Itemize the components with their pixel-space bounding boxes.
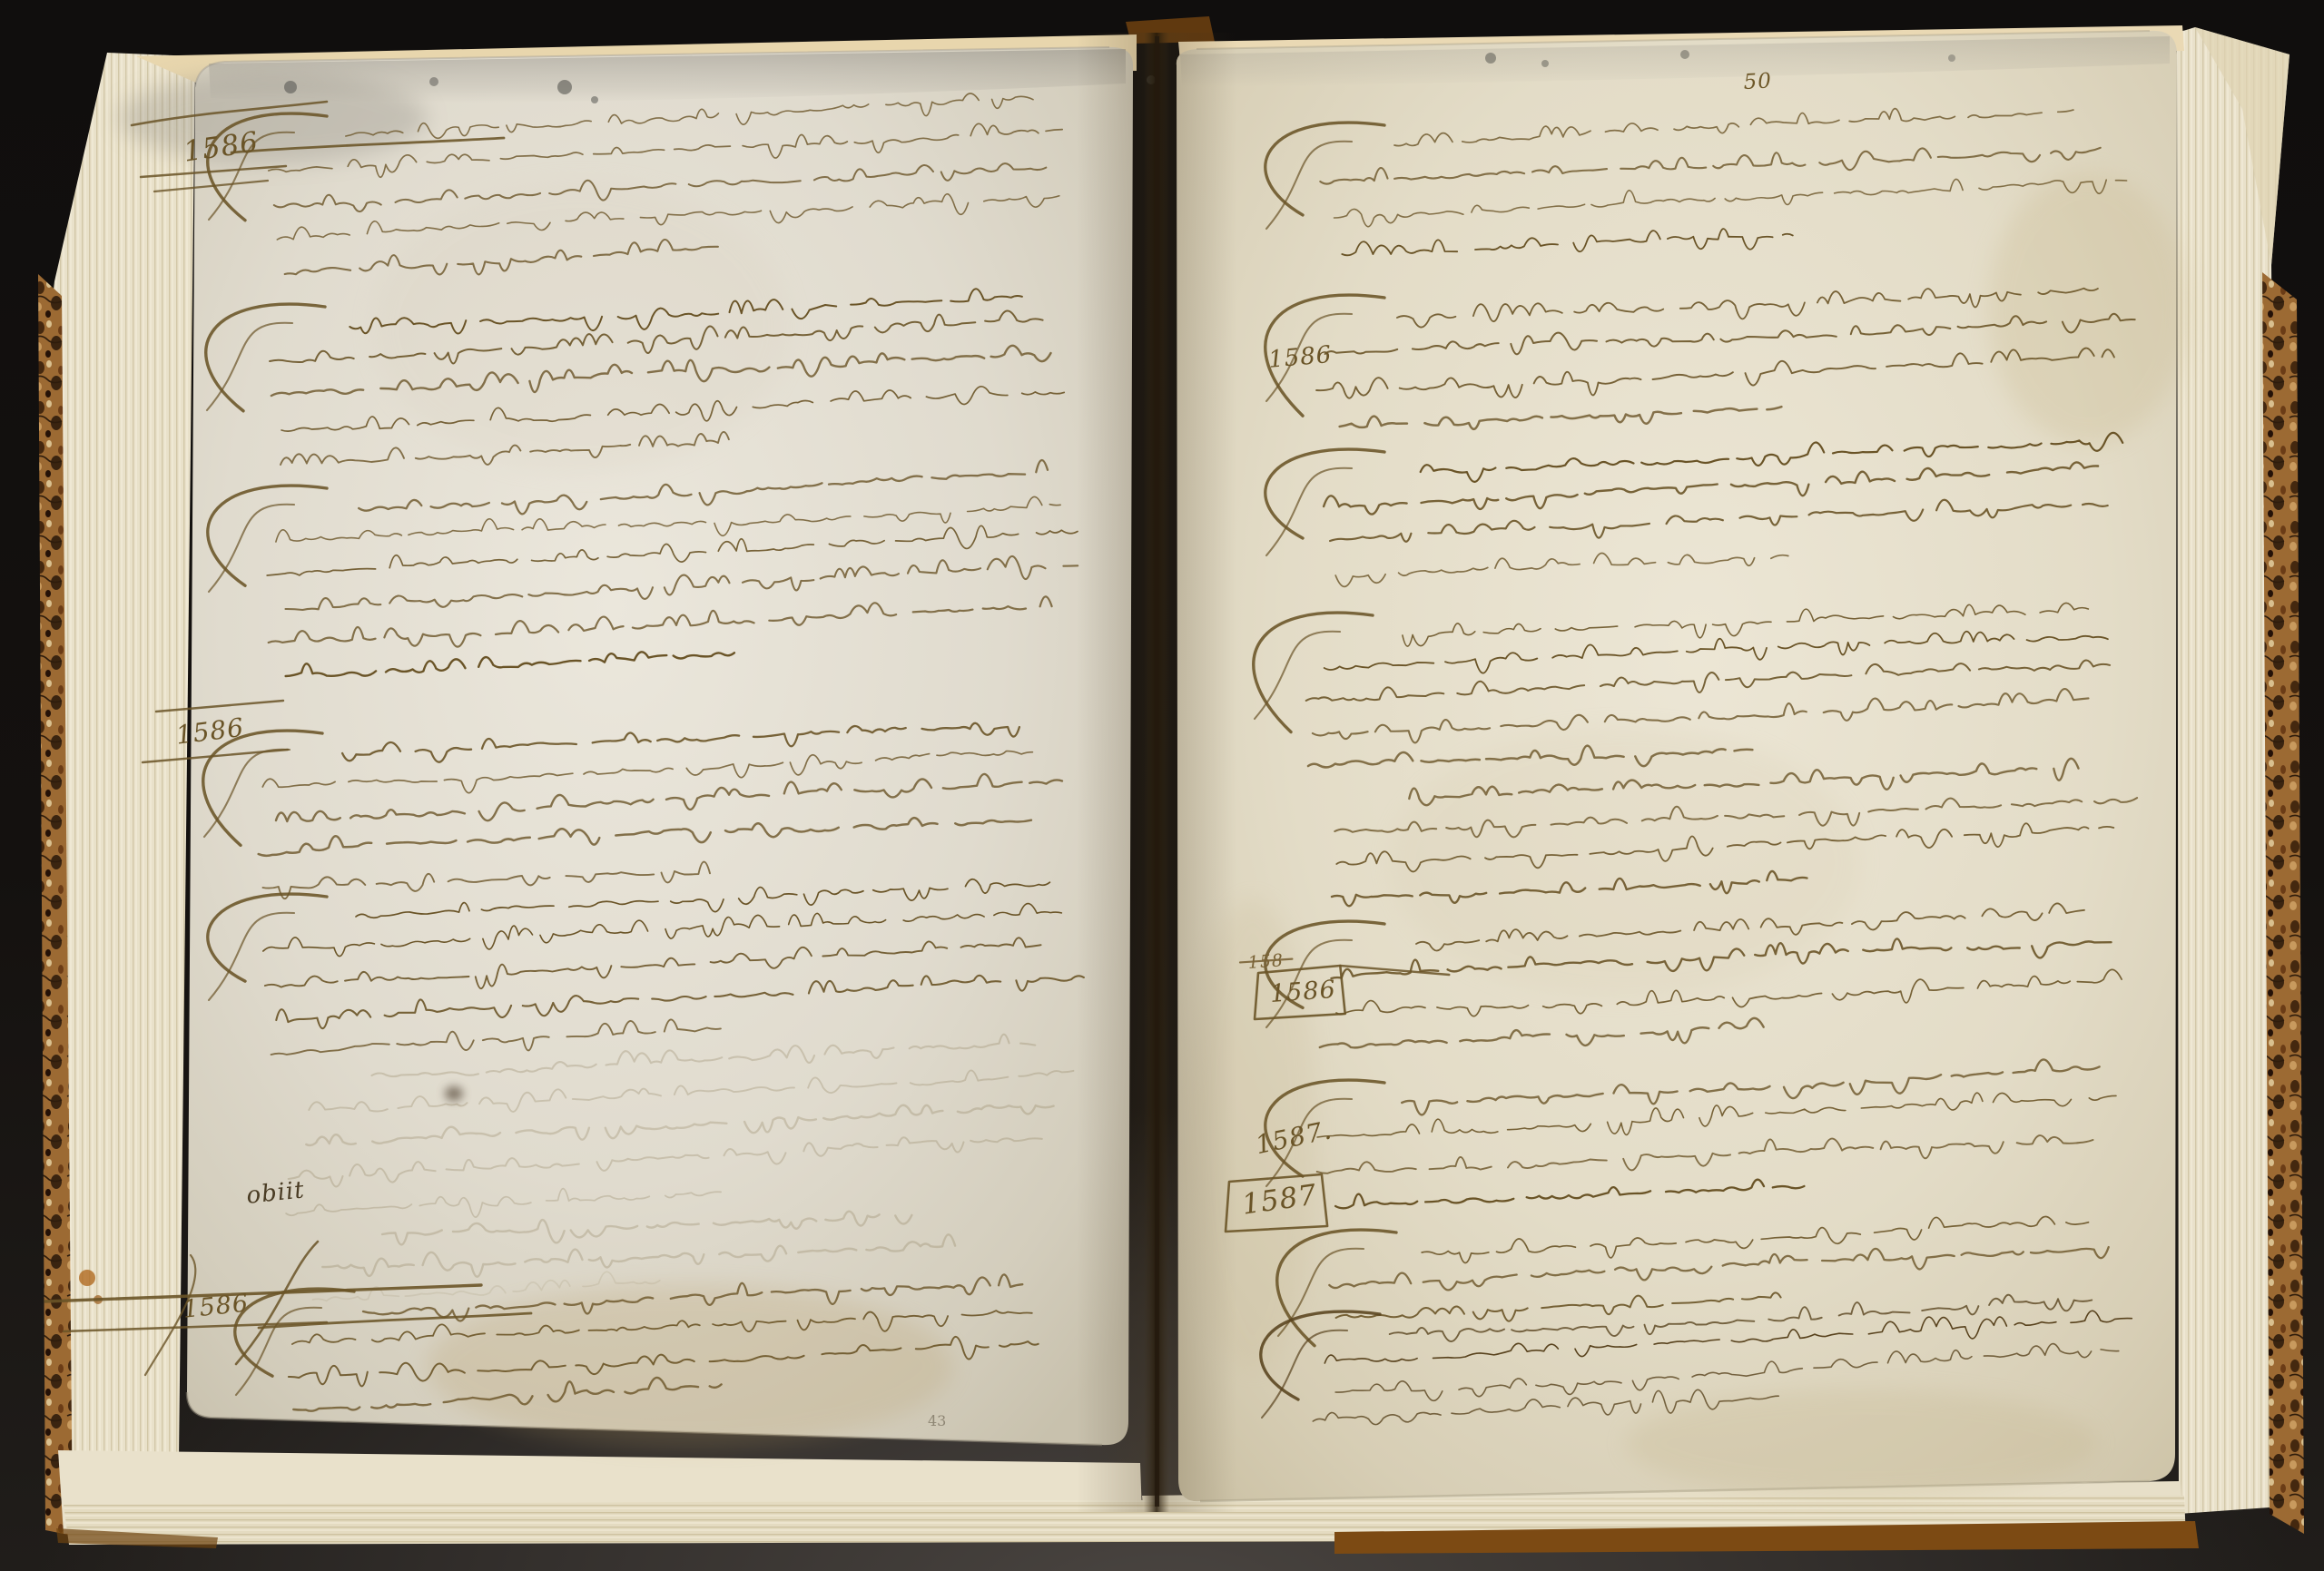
open-book-illustration bbox=[0, 0, 2324, 1571]
manuscript-scan: 1586 1586 obiit 1586 1586 158 1586 1587.… bbox=[0, 0, 2324, 1571]
